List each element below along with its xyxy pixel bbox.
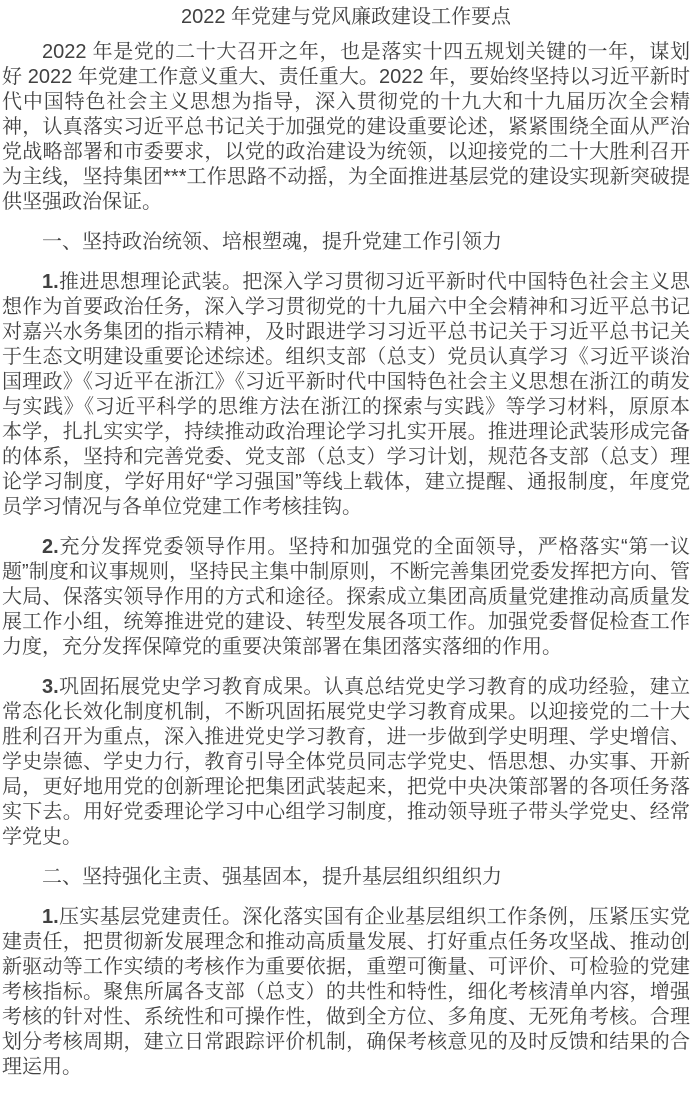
document-page: 2022 年党建与党风廉政建设工作要点 2022 年是党的二十大召开之年，也是落… xyxy=(0,0,693,1097)
item-number: 1. xyxy=(42,271,59,293)
section-1-item-1: 1.推进思想理论武装。把深入学习贯彻习近平新时代中国特色社会主义思想作为首要政治… xyxy=(2,270,690,520)
intro-paragraph: 2022 年是党的二十大召开之年，也是落实十四五规划关键的一年，谋划好 2022… xyxy=(2,40,690,215)
document-title: 2022 年党建与党风廉政建设工作要点 xyxy=(2,4,690,30)
item-text: 充分发挥党委领导作用。坚持和加强党的全面领导，严格落实“第一议题”制度和议事规则… xyxy=(2,536,690,658)
item-text: 压实基层党建责任。深化落实国有企业基层组织工作条例，压紧压实党建责任，把贯彻新发… xyxy=(2,906,690,1078)
item-text: 推进思想理论武装。把深入学习贯彻习近平新时代中国特色社会主义思想作为首要政治任务… xyxy=(2,271,690,518)
item-number: 3. xyxy=(42,676,59,698)
section-1-item-3: 3.巩固拓展党史学习教育成果。认真总结党史学习教育的成功经验，建立常态化长效化制… xyxy=(2,675,690,850)
section-1-item-2: 2.充分发挥党委领导作用。坚持和加强党的全面领导，严格落实“第一议题”制度和议事… xyxy=(2,535,690,660)
item-number: 2. xyxy=(42,536,59,558)
section-1-heading: 一、坚持政治统领、培根塑魂，提升党建工作引领力 xyxy=(2,230,690,255)
item-text: 巩固拓展党史学习教育成果。认真总结党史学习教育的成功经验，建立常态化长效化制度机… xyxy=(2,676,690,848)
section-2-item-1: 1.压实基层党建责任。深化落实国有企业基层组织工作条例，压紧压实党建责任，把贯彻… xyxy=(2,905,690,1080)
item-number: 1. xyxy=(42,906,59,928)
section-2-heading: 二、坚持强化主责、强基固本，提升基层组织组织力 xyxy=(2,865,690,890)
